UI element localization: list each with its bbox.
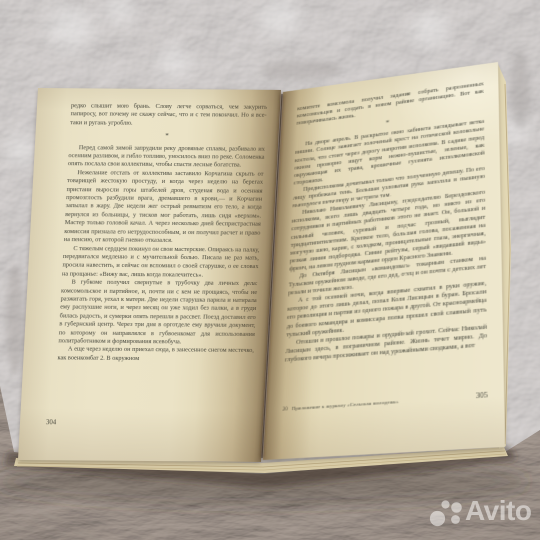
imprint-text: Приложение к журналу «Сельская молодежь» <box>292 394 476 412</box>
right-page-footer: 20 Приложение к журналу «Сельская молоде… <box>282 392 487 413</box>
paragraph: В губкоме получил свернутые в трубочку д… <box>58 278 258 347</box>
avito-logo-icon <box>424 497 462 527</box>
paragraph: Нежелание отстать от коллектива заставил… <box>64 169 264 246</box>
paragraph: А еще через неделю он приехал сюда, в за… <box>57 346 254 364</box>
left-page-number: 304 <box>46 419 57 426</box>
signature-number: 20 <box>282 407 287 413</box>
avito-watermark: Avito <box>424 497 531 527</box>
paragraph: редко слышит мою брань. Слову легче сорв… <box>70 102 267 129</box>
section-separator: * <box>69 131 265 141</box>
right-page-number: 305 <box>476 392 488 401</box>
watermark-label: Avito <box>465 497 531 525</box>
book-left-page: редко слышит мою брань. Слову легче сорв… <box>18 88 281 462</box>
book-right-page: комитете комсомола получил задание собра… <box>263 62 505 460</box>
book-photo: редко слышит мою брань. Слову легче сорв… <box>0 0 540 540</box>
left-page-text-column: редко слышит мою брань. Слову легче сорв… <box>54 102 267 416</box>
paragraph: Перед самой зимой запрудили реку дровяны… <box>68 144 265 171</box>
right-page-text-column: комитете комсомола получил задание собра… <box>283 81 487 392</box>
paragraph: С тяжелым сердцем покинул он свои мастер… <box>62 245 260 280</box>
